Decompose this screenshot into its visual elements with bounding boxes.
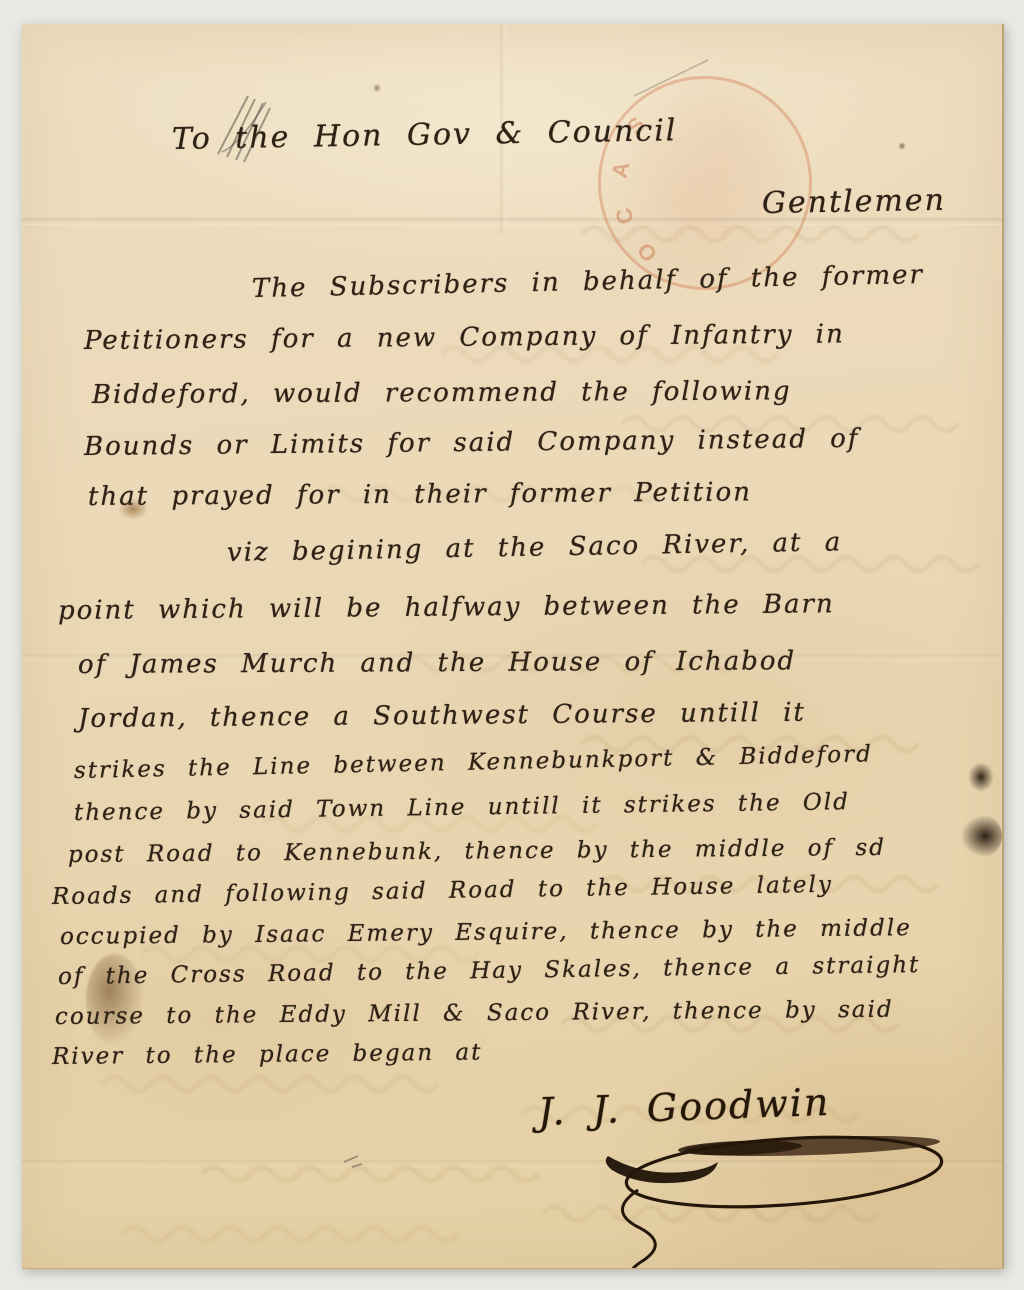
letter-line: Biddeford, would recommend the following [92,376,792,410]
letter-line: River to the place began at [52,1039,483,1070]
scanned-letter-image: S A C O To the Hon Gov & Council Gentlem… [0,0,1024,1290]
letter-paper-sheet: S A C O To the Hon Gov & Council Gentlem… [22,24,1004,1269]
letter-line: occupied by Isaac Emery Esquire, thence … [60,915,912,950]
letter-line: point which will be halfway between the … [58,589,835,626]
salutation-line: To the Hon Gov & Council [172,113,678,157]
letter-line: of James Murch and the House of Ichabod [78,646,796,680]
letter-line: post Road to Kennebunk, thence by the mi… [68,835,886,868]
postmark-stamp: S A C O [598,76,812,290]
greeting-line: Gentlemen [762,183,947,221]
signature: J. J. Goodwin [537,1080,831,1134]
letter-line: Petitioners for a new Company of Infantr… [84,319,845,356]
letter-line: that prayed for in their former Petition [88,477,752,512]
fold-crease [22,1160,1002,1167]
letter-line: strikes the Line between Kennebunkport &… [74,741,873,784]
ink-blot [968,762,994,792]
postmark-letter: O [632,237,663,267]
letter-line: The Subscribers in behalf of the former [252,260,925,304]
postmark-letter: A [607,160,636,181]
letter-line: Jordan, thence a Southwest Course untill… [78,698,806,734]
letter-line: Roads and following said Road to the Hou… [52,872,833,910]
letter-line: of the Cross Road to the Hay Skales, the… [58,952,921,990]
letter-line: course to the Eddy Mill & Saco River, th… [55,997,894,1030]
postmark-letter: C [611,206,640,227]
speck [372,84,382,92]
speck [898,142,906,150]
letter-line: viz begining at the Saco River, at a [227,527,843,568]
letter-line: thence by said Town Line untill it strik… [74,789,850,826]
letter-line: Bounds or Limits for said Company instea… [84,424,860,462]
ink-blot [960,814,1002,858]
